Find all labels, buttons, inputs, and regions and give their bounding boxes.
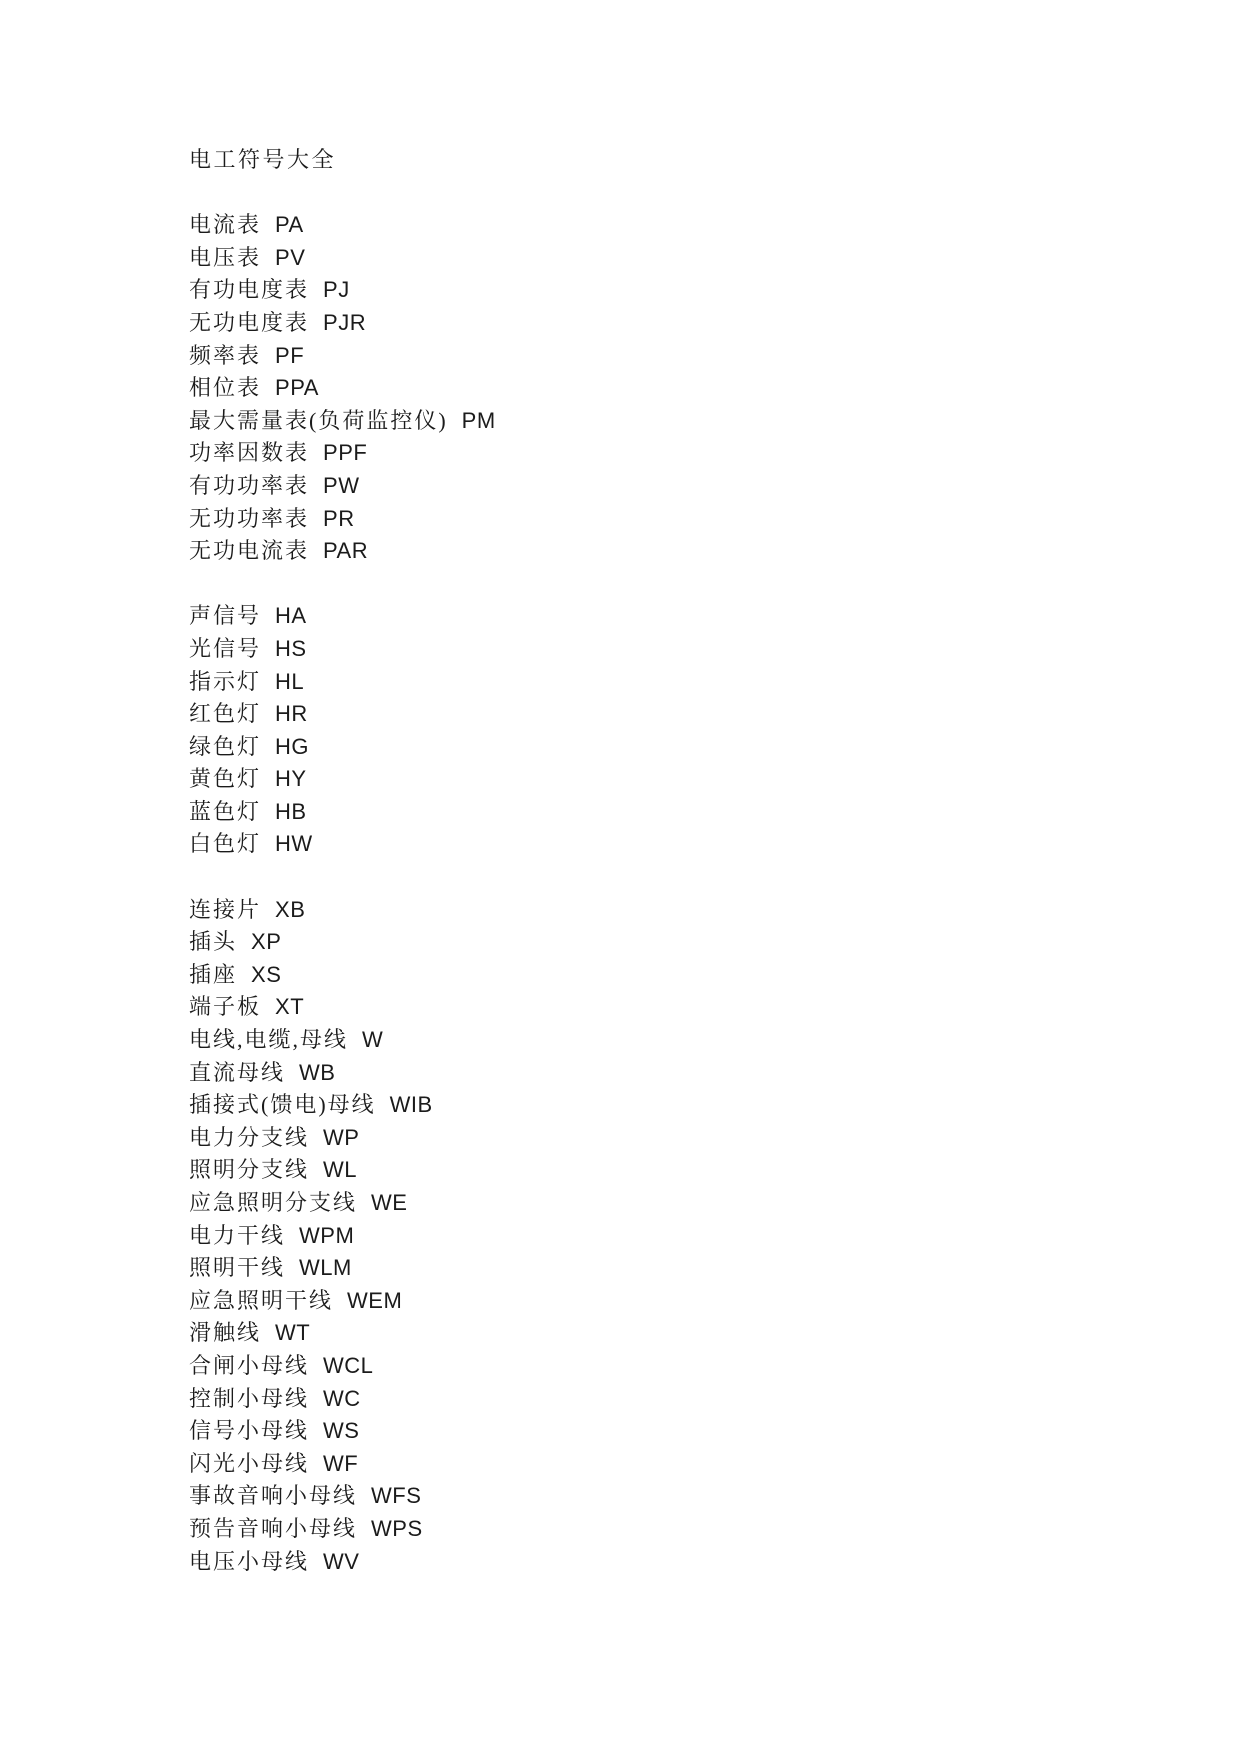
symbol-code: PJR [323,310,366,335]
symbol-code: HR [275,701,308,726]
symbol-label: 电力干线 [189,1223,285,1248]
document-page: 电工符号大全 电流表PA电压表PV有功电度表PJ无功电度表PJR频率表PF相位表… [0,0,1240,1754]
symbol-row: 控制小母线WC [189,1383,496,1416]
symbol-code: XB [275,897,305,922]
symbol-row: 端子板XT [189,991,496,1024]
symbol-code: WF [323,1451,358,1476]
symbol-row: 事故音响小母线WFS [189,1480,496,1513]
symbol-row: 直流母线WB [189,1057,496,1090]
symbol-code: HS [275,636,307,661]
symbol-label: 插头 [189,929,237,954]
symbol-label: 连接片 [189,897,261,922]
symbol-label: 光信号 [189,636,261,661]
symbol-row: 功率因数表PPF [189,437,496,470]
symbol-code: WCL [323,1353,373,1378]
symbol-label: 最大需量表(负荷监控仪) [189,408,448,433]
symbol-label: 应急照明干线 [189,1288,333,1313]
symbol-row: 电线,电缆,母线W [189,1024,496,1057]
symbol-label: 相位表 [189,375,261,400]
symbol-code: PW [323,473,359,498]
symbol-section-connectors-wires: 连接片XB插头XP插座XS端子板XT电线,电缆,母线W直流母线WB插接式(馈电)… [189,894,496,1578]
symbol-row: 无功电度表PJR [189,307,496,340]
symbol-code: XP [251,929,281,954]
symbol-row: 电力分支线WP [189,1122,496,1155]
symbol-code: WPM [299,1223,354,1248]
symbol-row: 绿色灯HG [189,731,496,764]
symbol-label: 控制小母线 [189,1386,309,1411]
symbol-code: WPS [371,1516,423,1541]
symbol-row: 无功功率表PR [189,503,496,536]
symbol-label: 插接式(馈电)母线 [189,1092,376,1117]
symbol-code: WC [323,1386,361,1411]
symbol-code: PAR [323,538,368,563]
symbol-row: 插头XP [189,926,496,959]
symbol-code: WS [323,1418,359,1443]
document-content: 电工符号大全 电流表PA电压表PV有功电度表PJ无功电度表PJR频率表PF相位表… [189,144,496,1578]
symbol-label: 信号小母线 [189,1418,309,1443]
symbol-code: HY [275,766,307,791]
symbol-row: 电力干线WPM [189,1220,496,1253]
symbol-sections: 电流表PA电压表PV有功电度表PJ无功电度表PJR频率表PF相位表PPA最大需量… [189,209,496,1578]
symbol-row: 无功电流表PAR [189,535,496,568]
symbol-label: 无功电度表 [189,310,309,335]
symbol-code: PPF [323,440,367,465]
symbol-code: XS [251,962,281,987]
symbol-row: 有功功率表PW [189,470,496,503]
symbol-code: PV [275,245,305,270]
symbol-row: 闪光小母线WF [189,1448,496,1481]
symbol-code: W [362,1027,383,1052]
symbol-label: 无功电流表 [189,538,309,563]
symbol-code: WEM [347,1288,402,1313]
symbol-row: 照明分支线WL [189,1154,496,1187]
symbol-row: 蓝色灯HB [189,796,496,829]
symbol-code: HA [275,603,307,628]
symbol-code: WFS [371,1483,421,1508]
symbol-label: 插座 [189,962,237,987]
symbol-code: HB [275,799,307,824]
symbol-label: 声信号 [189,603,261,628]
symbol-section-meters: 电流表PA电压表PV有功电度表PJ无功电度表PJR频率表PF相位表PPA最大需量… [189,209,496,568]
symbol-code: WB [299,1060,335,1085]
symbol-row: 电流表PA [189,209,496,242]
symbol-row: 电压表PV [189,242,496,275]
symbol-row: 连接片XB [189,894,496,927]
symbol-row: 插座XS [189,959,496,992]
symbol-row: 声信号HA [189,600,496,633]
symbol-row: 电压小母线WV [189,1546,496,1579]
symbol-row: 有功电度表PJ [189,274,496,307]
symbol-label: 电线,电缆,母线 [189,1027,348,1052]
symbol-code: PF [275,343,304,368]
symbol-row: 应急照明干线WEM [189,1285,496,1318]
symbol-section-signal-lamps: 声信号HA光信号HS指示灯HL红色灯HR绿色灯HG黄色灯HY蓝色灯HB白色灯HW [189,600,496,861]
symbol-label: 有功功率表 [189,473,309,498]
symbol-code: HW [275,831,313,856]
symbol-row: 白色灯HW [189,828,496,861]
symbol-label: 合闸小母线 [189,1353,309,1378]
symbol-label: 功率因数表 [189,440,309,465]
symbol-label: 照明分支线 [189,1157,309,1182]
symbol-code: XT [275,994,304,1019]
symbol-code: HG [275,734,309,759]
symbol-label: 电力分支线 [189,1125,309,1150]
symbol-label: 直流母线 [189,1060,285,1085]
symbol-code: WT [275,1320,310,1345]
document-title: 电工符号大全 [189,144,496,177]
symbol-row: 合闸小母线WCL [189,1350,496,1383]
symbol-code: PPA [275,375,319,400]
symbol-row: 频率表PF [189,340,496,373]
symbol-label: 黄色灯 [189,766,261,791]
symbol-row: 照明干线WLM [189,1252,496,1285]
symbol-row: 滑触线WT [189,1317,496,1350]
symbol-row: 黄色灯HY [189,763,496,796]
symbol-code: PM [462,408,496,433]
symbol-label: 绿色灯 [189,734,261,759]
symbol-row: 信号小母线WS [189,1415,496,1448]
symbol-label: 闪光小母线 [189,1451,309,1476]
symbol-label: 指示灯 [189,669,261,694]
symbol-label: 红色灯 [189,701,261,726]
symbol-label: 蓝色灯 [189,799,261,824]
symbol-code: WE [371,1190,407,1215]
symbol-code: WL [323,1157,357,1182]
symbol-code: PA [275,212,304,237]
symbol-code: WP [323,1125,359,1150]
symbol-row: 指示灯HL [189,666,496,699]
symbol-label: 频率表 [189,343,261,368]
symbol-row: 相位表PPA [189,372,496,405]
symbol-label: 电压表 [189,245,261,270]
symbol-label: 电流表 [189,212,261,237]
symbol-label: 电压小母线 [189,1549,309,1574]
symbol-label: 预告音响小母线 [189,1516,357,1541]
symbol-row: 红色灯HR [189,698,496,731]
symbol-label: 照明干线 [189,1255,285,1280]
symbol-code: HL [275,669,304,694]
symbol-row: 应急照明分支线WE [189,1187,496,1220]
symbol-label: 应急照明分支线 [189,1190,357,1215]
symbol-label: 端子板 [189,994,261,1019]
symbol-row: 预告音响小母线WPS [189,1513,496,1546]
symbol-label: 白色灯 [189,831,261,856]
symbol-row: 最大需量表(负荷监控仪)PM [189,405,496,438]
symbol-label: 有功电度表 [189,277,309,302]
symbol-code: WIB [390,1092,433,1117]
symbol-code: WV [323,1549,359,1574]
symbol-label: 无功功率表 [189,506,309,531]
symbol-code: PR [323,506,355,531]
symbol-label: 事故音响小母线 [189,1483,357,1508]
symbol-code: PJ [323,277,350,302]
symbol-row: 插接式(馈电)母线WIB [189,1089,496,1122]
symbol-code: WLM [299,1255,352,1280]
symbol-row: 光信号HS [189,633,496,666]
symbol-label: 滑触线 [189,1320,261,1345]
